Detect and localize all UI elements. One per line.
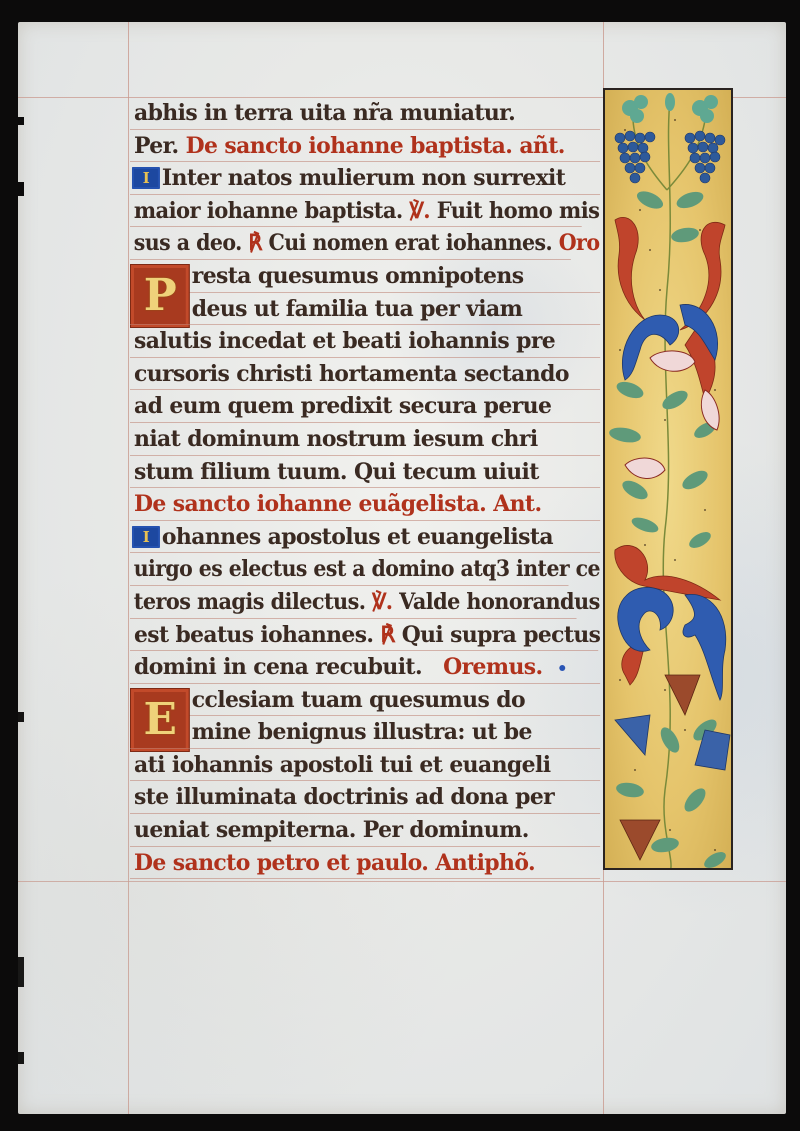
text-line-18: domini in cena recubuit. Oremus. (130, 651, 600, 684)
blue-initial-I: I (132, 167, 160, 189)
text-line-23: ueniat sempiterna. Per dominum. (130, 814, 600, 847)
text-line-7: deus ut familia tua per viam (130, 293, 600, 326)
response-mark: ℟ (248, 230, 268, 256)
response-mark: ℟ (380, 622, 401, 648)
text-segment: Qui supra pectus (402, 622, 601, 648)
text-line-15: uirgo es electus est a domino atq3 inter… (130, 553, 568, 586)
floral-border-icon (605, 90, 733, 870)
text-line-24-rubric: De sancto petro et paulo. Antiphõ. (130, 847, 600, 880)
text-line-22: ste illuminata doctrinis ad dona per (130, 781, 600, 814)
text-segment: est beatus iohannes. (134, 622, 380, 648)
text-line-2: Per. De sancto iohanne baptista. añt. (130, 130, 600, 163)
edge-damage (16, 712, 24, 722)
text-line-16: teros magis dilectus. ℣. Valde honorandu… (130, 586, 577, 619)
blue-initial-I: I (132, 526, 160, 548)
text-segment: sus a deo. (134, 230, 249, 256)
text-segment: Valde honorandus (399, 589, 600, 615)
versicle-mark: ℣. (372, 589, 399, 615)
edge-damage (16, 957, 24, 987)
ruling-bottom (18, 881, 786, 882)
illuminated-border (603, 88, 733, 870)
text-line-21: ati iohannis apostoli tui et euangeli (130, 749, 600, 782)
ruling-left (128, 22, 129, 1114)
text-segment: ohannes apostolus et euangelista (162, 524, 553, 550)
text-segment: Fuit homo mis (437, 198, 600, 224)
text-segment: cclesiam tuam quesumus do (192, 687, 525, 713)
text-line-9: cursoris christi hortamenta sectando (130, 358, 600, 391)
rubric-oremus: Oremus. (443, 654, 542, 680)
edge-damage (16, 1052, 24, 1064)
text-line-13-rubric: De sancto iohanne euãgelista. Ant. (130, 488, 600, 521)
versicle-mark: ℣. (409, 198, 436, 224)
text-segment: maior iohanne baptista. (134, 198, 410, 224)
text-line-14: I ohannes apostolus et euangelista (130, 521, 600, 554)
text-segment: Cui nomen erat iohannes. (268, 230, 558, 256)
rubric: Oro (559, 230, 600, 256)
edge-damage (16, 117, 24, 125)
blue-dot-ornament (560, 665, 566, 671)
text-line-12: stum filium tuum. Qui tecum uiuit (130, 456, 600, 489)
text-line-19: E cclesiam tuam quesumus do (130, 684, 600, 717)
text-segment: Per. (134, 133, 186, 159)
text-segment: Inter natos mulierum non surrexit (162, 165, 565, 191)
text-line-11: niat dominum nostrum iesum chri (130, 423, 600, 456)
text-line-6: P resta quesumus omnipotens (130, 260, 600, 293)
text-block: abhis in terra uita nr̃a muniatur. Per. … (130, 97, 602, 879)
text-segment: resta quesumus omnipotens (192, 263, 524, 289)
text-segment: teros magis dilectus. (134, 589, 372, 615)
text-line-1: abhis in terra uita nr̃a muniatur. (130, 97, 600, 130)
text-line-3: I Inter natos mulierum non surrexit (130, 162, 600, 195)
text-line-20: mine benignus illustra: ut be (130, 716, 600, 749)
text-line-4: maior iohanne baptista. ℣. Fuit homo mis (130, 195, 582, 228)
rubric: De sancto iohanne baptista. añt. (186, 133, 565, 159)
text-line-17: est beatus iohannes. ℟ Qui supra pectus (130, 619, 598, 652)
text-line-8: salutis incedat et beati iohannis pre (130, 325, 600, 358)
text-segment: domini in cena recubuit. (134, 654, 443, 680)
text-line-10: ad eum quem predixit secura perue (130, 390, 600, 423)
text-line-5: sus a deo. ℟ Cui nomen erat iohannes. Or… (130, 227, 571, 260)
edge-damage (16, 182, 24, 196)
